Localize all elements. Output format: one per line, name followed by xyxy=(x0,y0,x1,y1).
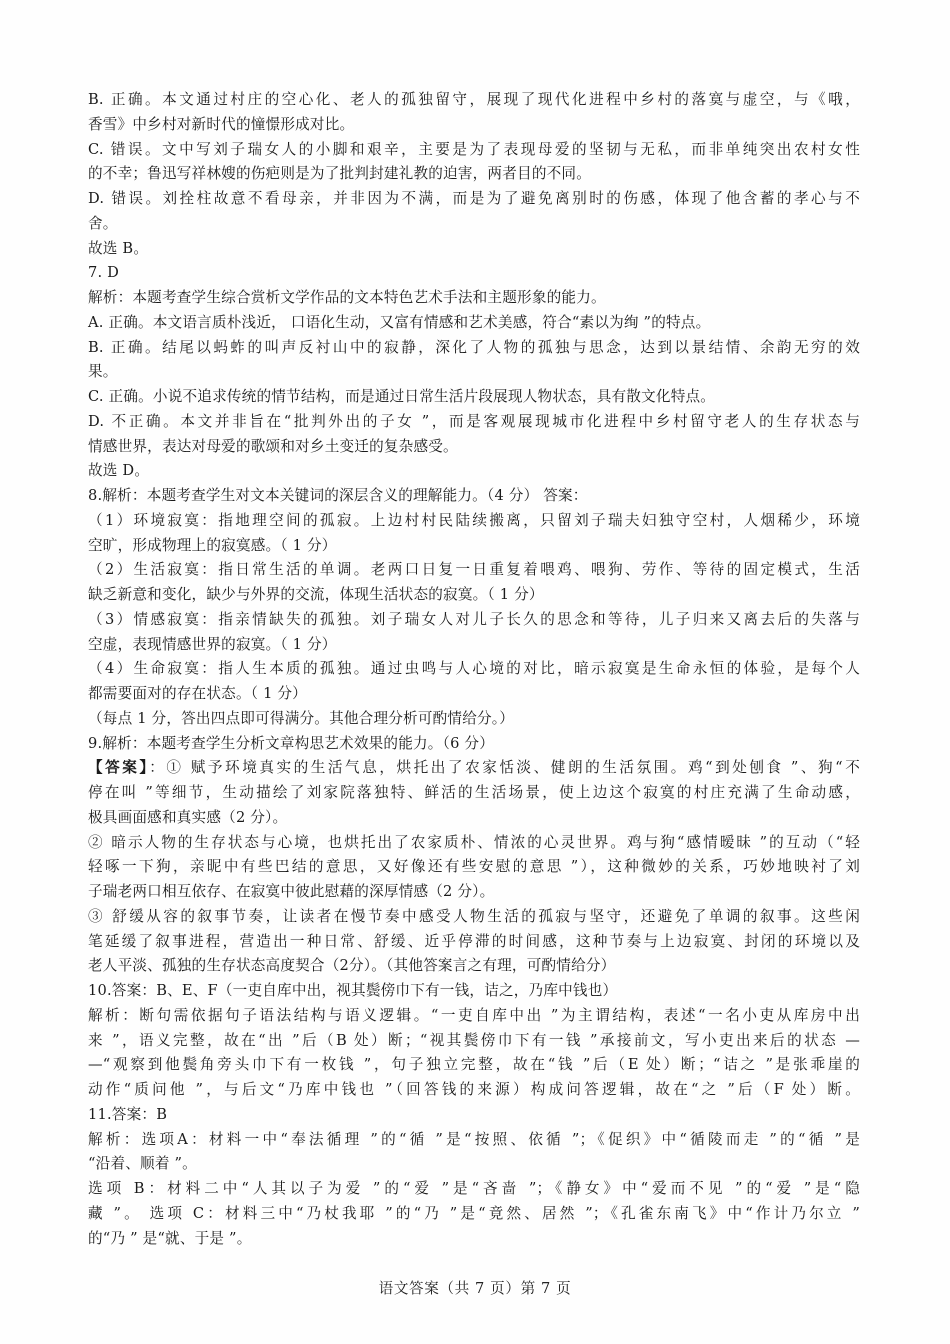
text-line: 8.解析：本题考查学生对文本关键词的深层含义的理解能力。（4 分） 答案： xyxy=(88,484,860,509)
line-text: 停在叫 ”等细节，生动描绘了刘家院落独特、鲜活的生活场景，使上边这个寂寞的村庄充… xyxy=(88,784,860,801)
line-text: 都需要面对的存在状态。（ 1 分） xyxy=(88,685,307,702)
text-line: 藏 ”。 选项 C：材料三中“乃杖我耶 ”的“乃 ”是“竟然、居然 ”；《孔雀东… xyxy=(88,1202,860,1227)
line-text: 老人平淡、孤独的生存状态高度契合（2分）。（其他答案言之有理，可酌情给分） xyxy=(88,957,615,974)
answer-text-body: B. 正确。本文通过村庄的空心化、老人的孤独留守，展现了现代化进程中乡村的落寞与… xyxy=(88,88,860,1251)
line-text: 空旷，形成物理上的寂寞感。（ 1 分） xyxy=(88,537,337,554)
text-line: ③ 舒缓从容的叙事节奏，让读者在慢节奏中感受人物生活的孤寂与坚守，还避免了单调的… xyxy=(88,905,860,930)
line-text: ② 暗示人物的生存状态与心境，也烘托出了农家质朴、情浓的心灵世界。鸡与狗“感情暧… xyxy=(88,834,860,851)
line-text: （4）生命寂寞：指人生本质的孤独。通过虫鸣与人心境的对比，暗示寂寞是生命永恒的体… xyxy=(88,660,860,677)
text-line: 子瑞老两口相互依存、在寂寞中彼此慰藉的深厚情感（2 分）。 xyxy=(88,880,860,905)
text-line: 都需要面对的存在状态。（ 1 分） xyxy=(88,682,860,707)
line-text: 极具画面感和真实感（2 分）。 xyxy=(88,809,287,826)
text-line: 11.答案：B xyxy=(88,1103,860,1128)
text-line: （2）生活寂寞：指日常生活的单调。老两口日复一日重复着喂鸡、喂狗、劳作、等待的固… xyxy=(88,558,860,583)
text-line: C. 错误。文中写刘子瑞女人的小脚和艰辛，主要是为了表现母爱的坚韧与无私，而非单… xyxy=(88,138,860,163)
text-line: （每点 1 分，答出四点即可得满分。其他合理分析可酌情给分。） xyxy=(88,707,860,732)
line-text: 的不幸；鲁迅写祥林嫂的伤疤则是为了批判封建礼教的迫害，两者目的不同。 xyxy=(88,165,591,182)
line-text: 故选 B。 xyxy=(88,240,148,257)
text-line: B. 正确。本文通过村庄的空心化、老人的孤独留守，展现了现代化进程中乡村的落寞与… xyxy=(88,88,860,113)
text-line: 的不幸；鲁迅写祥林嫂的伤疤则是为了批判封建礼教的迫害，两者目的不同。 xyxy=(88,162,860,187)
line-text: 缺乏新意和变化，缺少与外界的交流，体现生活状态的寂寞。（ 1 分） xyxy=(88,586,544,603)
document-page: B. 正确。本文通过村庄的空心化、老人的孤独留守，展现了现代化进程中乡村的落寞与… xyxy=(0,0,950,1344)
text-line: 舍。 xyxy=(88,212,860,237)
text-line: 老人平淡、孤独的生存状态高度契合（2分）。（其他答案言之有理，可酌情给分） xyxy=(88,954,860,979)
line-text: ③ 舒缓从容的叙事节奏，让读者在慢节奏中感受人物生活的孤寂与坚守，还避免了单调的… xyxy=(88,908,860,925)
line-text: 藏 ”。 选项 C：材料三中“乃杖我耶 ”的“乃 ”是“竟然、居然 ”；《孔雀东… xyxy=(88,1205,860,1222)
line-text: 果。 xyxy=(88,363,118,380)
line-text: “沿着、顺着 ”。 xyxy=(88,1155,197,1172)
line-text: 11.答案：B xyxy=(88,1106,167,1123)
line-text: C. 错误。文中写刘子瑞女人的小脚和艰辛，主要是为了表现母爱的坚韧与无私，而非单… xyxy=(88,141,860,158)
line-text: 子瑞老两口相互依存、在寂寞中彼此慰藉的深厚情感（2 分）。 xyxy=(88,883,494,900)
text-line: 轻啄一下狗，亲昵中有些巴结的意思，又好像还有些安慰的意思 ”），这种微妙的关系，… xyxy=(88,855,860,880)
line-text: 9.解析：本题考查学生分析文章构思艺术效果的能力。（6 分） xyxy=(88,735,494,752)
line-text: 轻啄一下狗，亲昵中有些巴结的意思，又好像还有些安慰的意思 ”），这种微妙的关系，… xyxy=(88,858,860,875)
text-line: 香雪》中乡村对新时代的憧憬形成对比。 xyxy=(88,113,860,138)
line-text: 解析：断句需依据句子语法结构与语义逻辑。“一吏自库中出 ”为主谓结构，表述“一名… xyxy=(88,1007,860,1024)
text-line: 的“乃 ” 是“就、于是 ”。 xyxy=(88,1227,860,1252)
text-line: （4）生命寂寞：指人生本质的孤独。通过虫鸣与人心境的对比，暗示寂寞是生命永恒的体… xyxy=(88,657,860,682)
text-line: D. 错误。刘拴柱故意不看母亲，并非因为不满，而是为了避免离别时的伤感，体现了他… xyxy=(88,187,860,212)
line-text: —“观察到他鬓角旁头巾下有一枚钱 ”，句子独立完整，故在“钱 ”后（E 处）断；… xyxy=(88,1056,860,1073)
text-line: 解析：本题考查学生综合赏析文学作品的文本特色艺术手法和主题形象的能力。 xyxy=(88,286,860,311)
text-line: 10.答案：B、E、F（一吏自库中出，视其鬓傍巾下有一钱，诘之，乃库中钱也） xyxy=(88,979,860,1004)
text-line: 选项 B：材料二中“人其以子为爱 ”的“爱 ”是“吝啬 ”；《静女》中“爱而不见… xyxy=(88,1177,860,1202)
page-footer: 语文答案（共 7 页）第 7 页 xyxy=(0,1277,950,1298)
text-line: ② 暗示人物的生存状态与心境，也烘托出了农家质朴、情浓的心灵世界。鸡与狗“感情暧… xyxy=(88,831,860,856)
line-text: 解析：本题考查学生综合赏析文学作品的文本特色艺术手法和主题形象的能力。 xyxy=(88,289,606,306)
text-line: A. 正确。本文语言质朴浅近， 口语化生动，又富有情感和艺术美感，符合“素以为绚… xyxy=(88,311,860,336)
text-line: （1）环境寂寞：指地理空间的孤寂。上边村村民陆续搬离，只留刘子瑞夫妇独守空村，人… xyxy=(88,509,860,534)
line-text: A. 正确。本文语言质朴浅近， 口语化生动，又富有情感和艺术美感，符合“素以为绚… xyxy=(88,314,710,331)
line-text: 8.解析：本题考查学生对文本关键词的深层含义的理解能力。（4 分） 答案： xyxy=(88,487,588,504)
text-line: D. 不正确。本文并非旨在“批判外出的子女 ”，而是客观展现城市化进程中乡村留守… xyxy=(88,410,860,435)
line-text: （2）生活寂寞：指日常生活的单调。老两口日复一日重复着喂鸡、喂狗、劳作、等待的固… xyxy=(88,561,860,578)
line-text: 舍。 xyxy=(88,215,118,232)
line-text: B. 正确。结尾以蚂蚱的叫声反衬山中的寂静，深化了人物的孤独与思念，达到以景结情… xyxy=(88,339,860,356)
line-text: 情感世界，表达对母爱的歌颂和对乡土变迁的复杂感受。 xyxy=(88,438,458,455)
text-line: 7. D xyxy=(88,261,860,286)
line-text: 空虚，表现情感世界的寂寞。（ 1 分） xyxy=(88,636,337,653)
text-line: 笔延缓了叙事进程，营造出一种日常、舒缓、近乎停滞的时间感，这种节奏与上边寂寞、封… xyxy=(88,930,860,955)
line-text: 7. D xyxy=(88,264,119,281)
line-text: D. 错误。刘拴柱故意不看母亲，并非因为不满，而是为了避免离别时的伤感，体现了他… xyxy=(88,190,860,207)
text-line: 停在叫 ”等细节，生动描绘了刘家院落独特、鲜活的生活场景，使上边这个寂寞的村庄充… xyxy=(88,781,860,806)
text-line: 9.解析：本题考查学生分析文章构思艺术效果的能力。（6 分） xyxy=(88,732,860,757)
line-text: ：① 赋予环境真实的生活气息，烘托出了农家恬淡、健朗的生活氛围。鸡“到处刨食 ”… xyxy=(149,759,860,776)
line-text: 解析：选项A：材料一中“奉法循理 ”的“循 ”是“按照、依循 ”；《促织》中“循… xyxy=(88,1131,860,1148)
text-line: 解析：断句需依据句子语法结构与语义逻辑。“一吏自库中出 ”为主谓结构，表述“一名… xyxy=(88,1004,860,1029)
text-line: 空旷，形成物理上的寂寞感。（ 1 分） xyxy=(88,534,860,559)
line-text: 故选 D。 xyxy=(88,462,149,479)
line-text: （1）环境寂寞：指地理空间的孤寂。上边村村民陆续搬离，只留刘子瑞夫妇独守空村，人… xyxy=(88,512,860,529)
line-text: B. 正确。本文通过村庄的空心化、老人的孤独留守，展现了现代化进程中乡村的落寞与… xyxy=(88,91,860,108)
line-text: D. 不正确。本文并非旨在“批判外出的子女 ”，而是客观展现城市化进程中乡村留守… xyxy=(88,413,860,430)
text-line: （3）情感寂寞：指亲情缺失的孤独。刘子瑞女人对儿子长久的思念和等待，儿子归来又离… xyxy=(88,608,860,633)
line-text: 香雪》中乡村对新时代的憧憬形成对比。 xyxy=(88,116,354,133)
line-text: （每点 1 分，答出四点即可得满分。其他合理分析可酌情给分。） xyxy=(88,710,514,727)
text-line: B. 正确。结尾以蚂蚱的叫声反衬山中的寂静，深化了人物的孤独与思念，达到以景结情… xyxy=(88,336,860,361)
text-line: 动作“质问他 ”，与后文“乃库中钱也 ”（回答钱的来源）构成问答逻辑，故在“之 … xyxy=(88,1078,860,1103)
text-line: 故选 D。 xyxy=(88,459,860,484)
text-line: —“观察到他鬓角旁头巾下有一枚钱 ”，句子独立完整，故在“钱 ”后（E 处）断；… xyxy=(88,1053,860,1078)
line-text: 笔延缓了叙事进程，营造出一种日常、舒缓、近乎停滞的时间感，这种节奏与上边寂寞、封… xyxy=(88,933,860,950)
text-line: 解析：选项A：材料一中“奉法循理 ”的“循 ”是“按照、依循 ”；《促织》中“循… xyxy=(88,1128,860,1153)
text-line: 来 ”，语义完整，故在“出 ”后（B 处）断；“视其鬓傍巾下有一钱 ”承接前文，… xyxy=(88,1029,860,1054)
text-line: 情感世界，表达对母爱的歌颂和对乡土变迁的复杂感受。 xyxy=(88,435,860,460)
line-text: 选项 B：材料二中“人其以子为爱 ”的“爱 ”是“吝啬 ”；《静女》中“爱而不见… xyxy=(88,1180,860,1197)
line-text: C. 正确。小说不追求传统的情节结构，而是通过日常生活片段展现人物状态，具有散文… xyxy=(88,388,715,405)
text-line: 【答案】：① 赋予环境真实的生活气息，烘托出了农家恬淡、健朗的生活氛围。鸡“到处… xyxy=(88,756,860,781)
text-line: 空虚，表现情感世界的寂寞。（ 1 分） xyxy=(88,633,860,658)
text-line: 缺乏新意和变化，缺少与外界的交流，体现生活状态的寂寞。（ 1 分） xyxy=(88,583,860,608)
answer-label: 【答案】 xyxy=(88,759,149,776)
line-text: 10.答案：B、E、F（一吏自库中出，视其鬓傍巾下有一钱，诘之，乃库中钱也） xyxy=(88,982,617,999)
text-line: 故选 B。 xyxy=(88,237,860,262)
text-line: 极具画面感和真实感（2 分）。 xyxy=(88,806,860,831)
line-text: 来 ”，语义完整，故在“出 ”后（B 处）断；“视其鬓傍巾下有一钱 ”承接前文，… xyxy=(88,1032,860,1049)
line-text: 动作“质问他 ”，与后文“乃库中钱也 ”（回答钱的来源）构成问答逻辑，故在“之 … xyxy=(88,1081,860,1098)
line-text: 的“乃 ” 是“就、于是 ”。 xyxy=(88,1230,252,1247)
line-text: （3）情感寂寞：指亲情缺失的孤独。刘子瑞女人对儿子长久的思念和等待，儿子归来又离… xyxy=(88,611,860,628)
text-line: 果。 xyxy=(88,360,860,385)
text-line: C. 正确。小说不追求传统的情节结构，而是通过日常生活片段展现人物状态，具有散文… xyxy=(88,385,860,410)
text-line: “沿着、顺着 ”。 xyxy=(88,1152,860,1177)
